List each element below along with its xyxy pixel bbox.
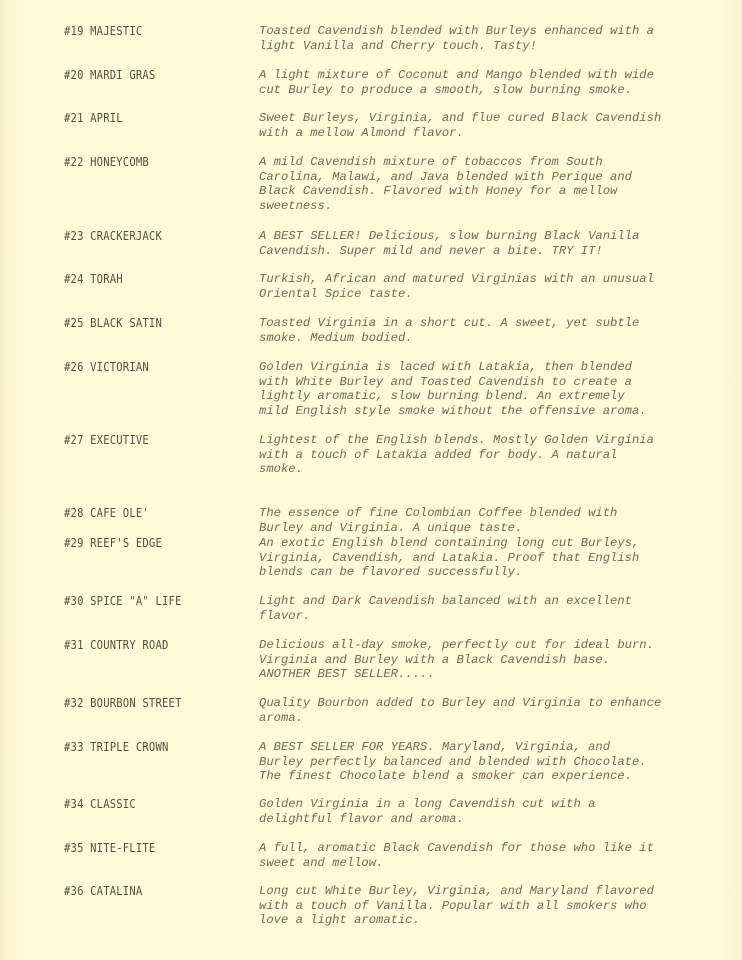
- description-line: Long cut White Burley, Virginia, and Mar…: [259, 884, 663, 899]
- blend-description: Lightest of the English blends. Mostly G…: [259, 433, 663, 477]
- blend-description: Delicious all-day smoke, perfectly cut f…: [259, 638, 663, 682]
- blend-name: #22 HONEYCOMB: [64, 155, 149, 169]
- blend-name: #36 CATALINA: [64, 884, 142, 898]
- description-line: smoke. Medium bodied.: [259, 331, 663, 346]
- blend-name: #32 BOURBON STREET: [64, 696, 182, 710]
- blend-name: #25 BLACK SATIN: [64, 316, 162, 330]
- blend-description: Sweet Burleys, Virginia, and flue cured …: [259, 111, 663, 140]
- blend-description: Light and Dark Cavendish balanced with a…: [259, 594, 663, 623]
- description-line: A full, aromatic Black Cavendish for tho…: [259, 841, 663, 856]
- blend-description: Golden Virginia in a long Cavendish cut …: [259, 797, 663, 826]
- description-line: mild English style smoke without the off…: [259, 404, 663, 419]
- description-line: with a mellow Almond flavor.: [259, 126, 663, 141]
- description-line: flavor.: [259, 609, 663, 624]
- blend-description: An exotic English blend containing long …: [259, 536, 663, 580]
- blend-name: #23 CRACKERJACK: [64, 229, 162, 243]
- description-line: smoke.: [259, 462, 663, 477]
- description-line: Burley perfectly balanced and blended wi…: [259, 755, 663, 770]
- description-line: Light and Dark Cavendish balanced with a…: [259, 594, 663, 609]
- blend-description: A mild Cavendish mixture of tobaccos fro…: [259, 155, 663, 213]
- description-line: delightful flavor and aroma.: [259, 812, 663, 827]
- blend-name: #26 VICTORIAN: [64, 360, 149, 374]
- blend-name: #35 NITE-FLITE: [64, 841, 155, 855]
- blend-name: #21 APRIL: [64, 111, 123, 125]
- scanned-page: #19 MAJESTICToasted Cavendish blended wi…: [0, 0, 742, 960]
- blend-name: #29 REEF'S EDGE: [64, 536, 162, 550]
- description-line: Turkish, African and matured Virginias w…: [259, 272, 663, 287]
- blend-description: A light mixture of Coconut and Mango ble…: [259, 68, 663, 97]
- description-line: Sweet Burleys, Virginia, and flue cured …: [259, 111, 663, 126]
- description-line: Toasted Cavendish blended with Burleys e…: [259, 24, 663, 39]
- blend-description: Quality Bourbon added to Burley and Virg…: [259, 696, 663, 725]
- description-line: A BEST SELLER FOR YEARS. Maryland, Virgi…: [259, 740, 663, 755]
- description-line: Golden Virginia in a long Cavendish cut …: [259, 797, 663, 812]
- description-line: blends can be flavored successfully.: [259, 565, 663, 580]
- description-line: Black Cavendish. Flavored with Honey for…: [259, 184, 663, 199]
- description-line: love a light aromatic.: [259, 913, 663, 928]
- description-line: Quality Bourbon added to Burley and Virg…: [259, 696, 663, 711]
- description-line: with a touch of Vanilla. Popular with al…: [259, 899, 663, 914]
- blend-description: A BEST SELLER! Delicious, slow burning B…: [259, 229, 663, 258]
- blend-description: A BEST SELLER FOR YEARS. Maryland, Virgi…: [259, 740, 663, 784]
- description-line: cut Burley to produce a smooth, slow bur…: [259, 83, 663, 98]
- description-line: A mild Cavendish mixture of tobaccos fro…: [259, 155, 663, 170]
- description-line: Toasted Virginia in a short cut. A sweet…: [259, 316, 663, 331]
- description-line: An exotic English blend containing long …: [259, 536, 663, 551]
- description-line: Golden Virginia is laced with Latakia, t…: [259, 360, 663, 375]
- description-line: sweetness.: [259, 199, 663, 214]
- description-line: The essence of fine Colombian Coffee ble…: [259, 506, 663, 521]
- description-line: light Vanilla and Cherry touch. Tasty!: [259, 39, 663, 54]
- description-line: Lightest of the English blends. Mostly G…: [259, 433, 663, 448]
- blend-name: #34 CLASSIC: [64, 797, 136, 811]
- description-line: Virginia and Burley with a Black Cavendi…: [259, 653, 663, 668]
- blend-description: Toasted Virginia in a short cut. A sweet…: [259, 316, 663, 345]
- description-line: with a touch of Latakia added for body. …: [259, 448, 663, 463]
- blend-description: Turkish, African and matured Virginias w…: [259, 272, 663, 301]
- blend-name: #20 MARDI GRAS: [64, 68, 155, 82]
- description-line: Oriental Spice taste.: [259, 287, 663, 302]
- blend-description: A full, aromatic Black Cavendish for tho…: [259, 841, 663, 870]
- blend-description: The essence of fine Colombian Coffee ble…: [259, 506, 663, 535]
- description-line: Burley and Virginia. A unique taste.: [259, 521, 663, 536]
- description-line: ANOTHER BEST SELLER.....: [259, 667, 663, 682]
- description-line: A light mixture of Coconut and Mango ble…: [259, 68, 663, 83]
- description-line: Delicious all-day smoke, perfectly cut f…: [259, 638, 663, 653]
- description-line: Cavendish. Super mild and never a bite. …: [259, 244, 663, 259]
- description-line: aroma.: [259, 711, 663, 726]
- description-line: lightly aromatic, slow burning blend. An…: [259, 389, 663, 404]
- blend-name: #19 MAJESTIC: [64, 24, 142, 38]
- description-line: Virginia, Cavendish, and Latakia. Proof …: [259, 551, 663, 566]
- description-line: A BEST SELLER! Delicious, slow burning B…: [259, 229, 663, 244]
- description-line: Carolina, Malawi, and Java blended with …: [259, 170, 663, 185]
- blend-name: #33 TRIPLE CROWN: [64, 740, 169, 754]
- blend-description: Golden Virginia is laced with Latakia, t…: [259, 360, 663, 418]
- blend-name: #31 COUNTRY ROAD: [64, 638, 169, 652]
- description-line: sweet and mellow.: [259, 856, 663, 871]
- description-line: with White Burley and Toasted Cavendish …: [259, 375, 663, 390]
- blend-name: #28 CAFE OLE': [64, 506, 149, 520]
- description-line: The finest Chocolate blend a smoker can …: [259, 769, 663, 784]
- blend-description: Toasted Cavendish blended with Burleys e…: [259, 24, 663, 53]
- blend-name: #27 EXECUTIVE: [64, 433, 149, 447]
- blend-description: Long cut White Burley, Virginia, and Mar…: [259, 884, 663, 928]
- blend-name: #24 TORAH: [64, 272, 123, 286]
- blend-name: #30 SPICE "A" LIFE: [64, 594, 182, 608]
